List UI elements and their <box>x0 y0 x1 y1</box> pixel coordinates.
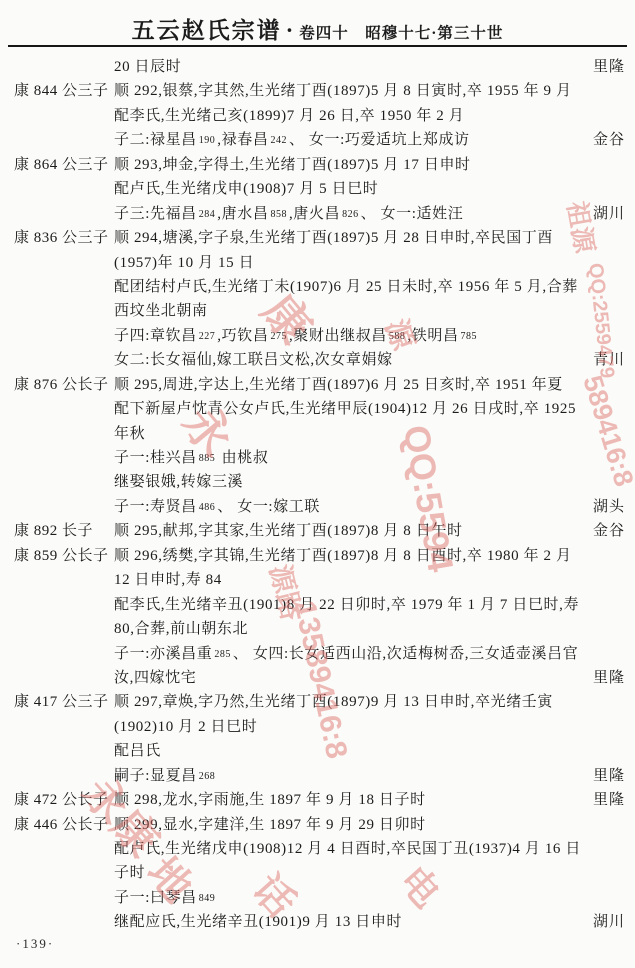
page-number: ·139· <box>16 936 54 952</box>
entry-text: 年秋 <box>114 422 625 446</box>
ref-number: 826 <box>340 209 361 220</box>
entry-text: 女二:长女福仙,嫁工联吕文松,次女章娟嫁 <box>114 348 593 372</box>
father-ref-label: 康 417 公三子 <box>0 690 114 714</box>
entry-line: 子四:章钦昌227,巧钦昌275,聚财出继叔昌588,铁明昌785 <box>0 324 635 348</box>
entry-line: 配卢氏,生光绪戊申(1908)12 月 4 日酉时,卒民国丁丑(1937)4 月… <box>0 837 635 861</box>
entry-line: 继娶银娥,转嫁三溪 <box>0 470 635 494</box>
entry-line: 子一:桂兴昌885 由桃叔 <box>0 446 635 470</box>
entry-line: 配下新屋卢忱青公女卢氏,生光绪甲辰(1904)12 月 26 日戌时,卒 192… <box>0 397 635 421</box>
entry-line: 康 844 公三子顺 292,银蔡,字其然,生光绪丁酉(1897)5 月 8 日… <box>0 79 635 103</box>
entry-text: 配卢氏,生光绪戊申(1908)7 月 5 日巳时 <box>114 177 625 201</box>
entry-text: 配卢氏,生光绪戊申(1908)12 月 4 日酉时,卒民国丁丑(1937)4 月… <box>114 837 625 861</box>
ref-number: 285 <box>212 649 233 660</box>
entry-line: 配吕氏 <box>0 739 635 763</box>
entry-text: 子四:章钦昌227,巧钦昌275,聚财出继叔昌588,铁明昌785 <box>114 324 625 350</box>
entry-text: 顺 296,绣樊,字其锦,生光绪丁酉(1897)8 月 8 日酉时,卒 1980… <box>114 544 625 568</box>
entry-line: 80,合葬,前山朝东北 <box>0 617 635 641</box>
place-name: 金谷 <box>593 128 635 152</box>
entry-line: 子时 <box>0 861 635 885</box>
entry-text: 嗣子:显夏昌268 <box>114 764 593 790</box>
entry-line: 康 892 长子顺 295,献邦,字其家,生光绪丁酉(1897)8 月 8 日午… <box>0 519 635 543</box>
ref-number: 486 <box>197 502 218 513</box>
entry-text: 顺 295,献邦,字其家,生光绪丁酉(1897)8 月 8 日午时 <box>114 519 593 543</box>
entry-text: 子一:亦溪昌重285、 女四:长女适西山沿,次适梅树岙,三女适壶溪吕官 <box>114 642 625 668</box>
entry-line: 年秋 <box>0 422 635 446</box>
entry-text: 顺 294,塘溪,字子泉,生光绪丁酉(1897)5 月 28 日申时,卒民国丁酉 <box>114 226 625 250</box>
entry-text: 顺 297,章焕,字乃然,生光绪丁酉(1897)9 月 13 日申时,卒光绪壬寅 <box>114 690 625 714</box>
entry-text: 配团结村卢氏,生光绪丁未(1907)6 月 25 日未时,卒 1956 年 5 … <box>114 275 625 299</box>
entry-text: 西坟坐北朝南 <box>114 299 625 323</box>
entry-line: (1902)10 月 2 日巳时 <box>0 715 635 739</box>
place-name: 湖头 <box>593 495 635 519</box>
place-name: 里隆 <box>593 666 635 690</box>
entry-text: 子一:曰琴昌849 <box>114 886 625 912</box>
entry-line: 配团结村卢氏,生光绪丁未(1907)6 月 25 日未时,卒 1956 年 5 … <box>0 275 635 299</box>
entry-text: 子时 <box>114 861 625 885</box>
entry-line: 配李氏,生光绪辛丑(1901)8 月 22 日卯时,卒 1979 年 1 月 7… <box>0 593 635 617</box>
place-name: 里隆 <box>593 55 635 79</box>
ref-number: 588 <box>387 331 408 342</box>
entry-line: 子二:禄星昌190,禄春昌242、 女一:巧爱适坑上郑成访金谷 <box>0 128 635 152</box>
page-header: 五云赵氏宗谱 · 卷四十 昭穆十七·第三十世 <box>0 12 635 45</box>
body-lines: 20 日辰时里隆康 844 公三子顺 292,银蔡,字其然,生光绪丁酉(1897… <box>0 55 635 935</box>
father-ref-label: 康 859 公长子 <box>0 544 114 568</box>
entry-line: 嗣子:显夏昌268里隆 <box>0 764 635 788</box>
entry-text: 80,合葬,前山朝东北 <box>114 617 625 641</box>
entry-line: 12 日申时,寿 84 <box>0 568 635 592</box>
entry-text: 子三:先福昌284,唐水昌858,唐火昌826、 女一:适姓汪 <box>114 202 593 228</box>
entry-line: (1957)年 10 月 15 日 <box>0 251 635 275</box>
entry-text: 顺 298,龙水,字雨施,生 1897 年 9 月 18 日子时 <box>114 788 593 812</box>
ref-number: 227 <box>197 331 218 342</box>
entry-line: 西坟坐北朝南 <box>0 299 635 323</box>
ref-number: 885 <box>197 453 218 464</box>
ref-number: 785 <box>459 331 480 342</box>
entry-line: 康 417 公三子顺 297,章焕,字乃然,生光绪丁酉(1897)9 月 13 … <box>0 690 635 714</box>
title-separator: · <box>286 18 296 43</box>
entry-line: 子三:先福昌284,唐水昌858,唐火昌826、 女一:适姓汪湖川 <box>0 202 635 226</box>
entry-text: 配下新屋卢忱青公女卢氏,生光绪甲辰(1904)12 月 26 日戌时,卒 192… <box>114 397 625 421</box>
entry-text: 配李氏,生光绪辛丑(1901)8 月 22 日卯时,卒 1979 年 1 月 7… <box>114 593 625 617</box>
ref-number: 190 <box>197 135 218 146</box>
entry-line: 配李氏,生光绪己亥(1899)7 月 26 日,卒 1950 年 2 月 <box>0 104 635 128</box>
entry-line: 康 876 公长子顺 295,周进,字达上,生光绪丁酉(1897)6 月 25 … <box>0 373 635 397</box>
entry-text: 子一:桂兴昌885 由桃叔 <box>114 446 625 472</box>
place-name: 里隆 <box>593 764 635 788</box>
entry-text: 子二:禄星昌190,禄春昌242、 女一:巧爱适坑上郑成访 <box>114 128 593 154</box>
entry-line: 康 836 公三子顺 294,塘溪,字子泉,生光绪丁酉(1897)5 月 28 … <box>0 226 635 250</box>
entry-text: 顺 299,显水,字建洋,生 1897 年 9 月 29 日卯时 <box>114 813 625 837</box>
entry-line: 康 446 公长子顺 299,显水,字建洋,生 1897 年 9 月 29 日卯… <box>0 813 635 837</box>
entry-text: 顺 293,坤金,字得土,生光绪丁酉(1897)5 月 17 日申时 <box>114 153 625 177</box>
entry-text: 配吕氏 <box>114 739 625 763</box>
entry-text: 顺 292,银蔡,字其然,生光绪丁酉(1897)5 月 8 日寅时,卒 1955… <box>114 79 625 103</box>
volume-subtitle: 卷四十 昭穆十七·第三十世 <box>299 25 503 42</box>
entry-line: 康 864 公三子顺 293,坤金,字得土,生光绪丁酉(1897)5 月 17 … <box>0 153 635 177</box>
father-ref-label: 康 836 公三子 <box>0 226 114 250</box>
entry-line: 子一:寿贤昌486、 女一:嫁工联湖头 <box>0 495 635 519</box>
ref-number: 284 <box>197 209 218 220</box>
entry-text: 继娶银娥,转嫁三溪 <box>114 470 625 494</box>
father-ref-label: 康 864 公三子 <box>0 153 114 177</box>
ref-number: 242 <box>268 135 289 146</box>
father-ref-label: 康 472 公长子 <box>0 788 114 812</box>
entry-line: 配卢氏,生光绪戊申(1908)7 月 5 日巳时 <box>0 177 635 201</box>
entry-text: 20 日辰时 <box>114 55 593 79</box>
father-ref-label: 康 446 公长子 <box>0 813 114 837</box>
entry-text: (1902)10 月 2 日巳时 <box>114 715 625 739</box>
entry-line: 汝,四嫁忱宅里隆 <box>0 666 635 690</box>
place-name: 湖川 <box>593 910 635 934</box>
place-name: 里隆 <box>593 788 635 812</box>
place-name: 青川 <box>593 348 635 372</box>
ref-number: 858 <box>268 209 289 220</box>
header-rule <box>8 45 627 47</box>
entry-line: 康 859 公长子顺 296,绣樊,字其锦,生光绪丁酉(1897)8 月 8 日… <box>0 544 635 568</box>
ref-number: 275 <box>268 331 289 342</box>
place-name: 金谷 <box>593 519 635 543</box>
entry-line: 康 472 公长子顺 298,龙水,字雨施,生 1897 年 9 月 18 日子… <box>0 788 635 812</box>
entry-text: 汝,四嫁忱宅 <box>114 666 593 690</box>
entry-text: (1957)年 10 月 15 日 <box>114 251 625 275</box>
father-ref-label: 康 876 公长子 <box>0 373 114 397</box>
entry-line: 子一:亦溪昌重285、 女四:长女适西山沿,次适梅树岙,三女适壶溪吕官 <box>0 642 635 666</box>
father-ref-label: 康 844 公三子 <box>0 79 114 103</box>
ref-number: 268 <box>197 771 218 782</box>
entry-text: 继配应氏,生光绪辛丑(1901)9 月 13 日申时 <box>114 910 593 934</box>
entry-line: 20 日辰时里隆 <box>0 55 635 79</box>
entry-text: 12 日申时,寿 84 <box>114 568 625 592</box>
genealogy-title: 五云赵氏宗谱 <box>132 18 282 43</box>
entry-text: 顺 295,周进,字达上,生光绪丁酉(1897)6 月 25 日亥时,卒 195… <box>114 373 625 397</box>
entry-line: 继配应氏,生光绪辛丑(1901)9 月 13 日申时湖川 <box>0 910 635 934</box>
entry-line: 子一:曰琴昌849 <box>0 886 635 910</box>
entry-line: 女二:长女福仙,嫁工联吕文松,次女章娟嫁青川 <box>0 348 635 372</box>
father-ref-label: 康 892 长子 <box>0 519 114 543</box>
genealogy-page: 五云赵氏宗谱 · 卷四十 昭穆十七·第三十世 20 日辰时里隆康 844 公三子… <box>0 0 635 968</box>
ref-number: 849 <box>197 893 218 904</box>
entry-text: 配李氏,生光绪己亥(1899)7 月 26 日,卒 1950 年 2 月 <box>114 104 625 128</box>
entry-text: 子一:寿贤昌486、 女一:嫁工联 <box>114 495 593 521</box>
place-name: 湖川 <box>593 202 635 226</box>
